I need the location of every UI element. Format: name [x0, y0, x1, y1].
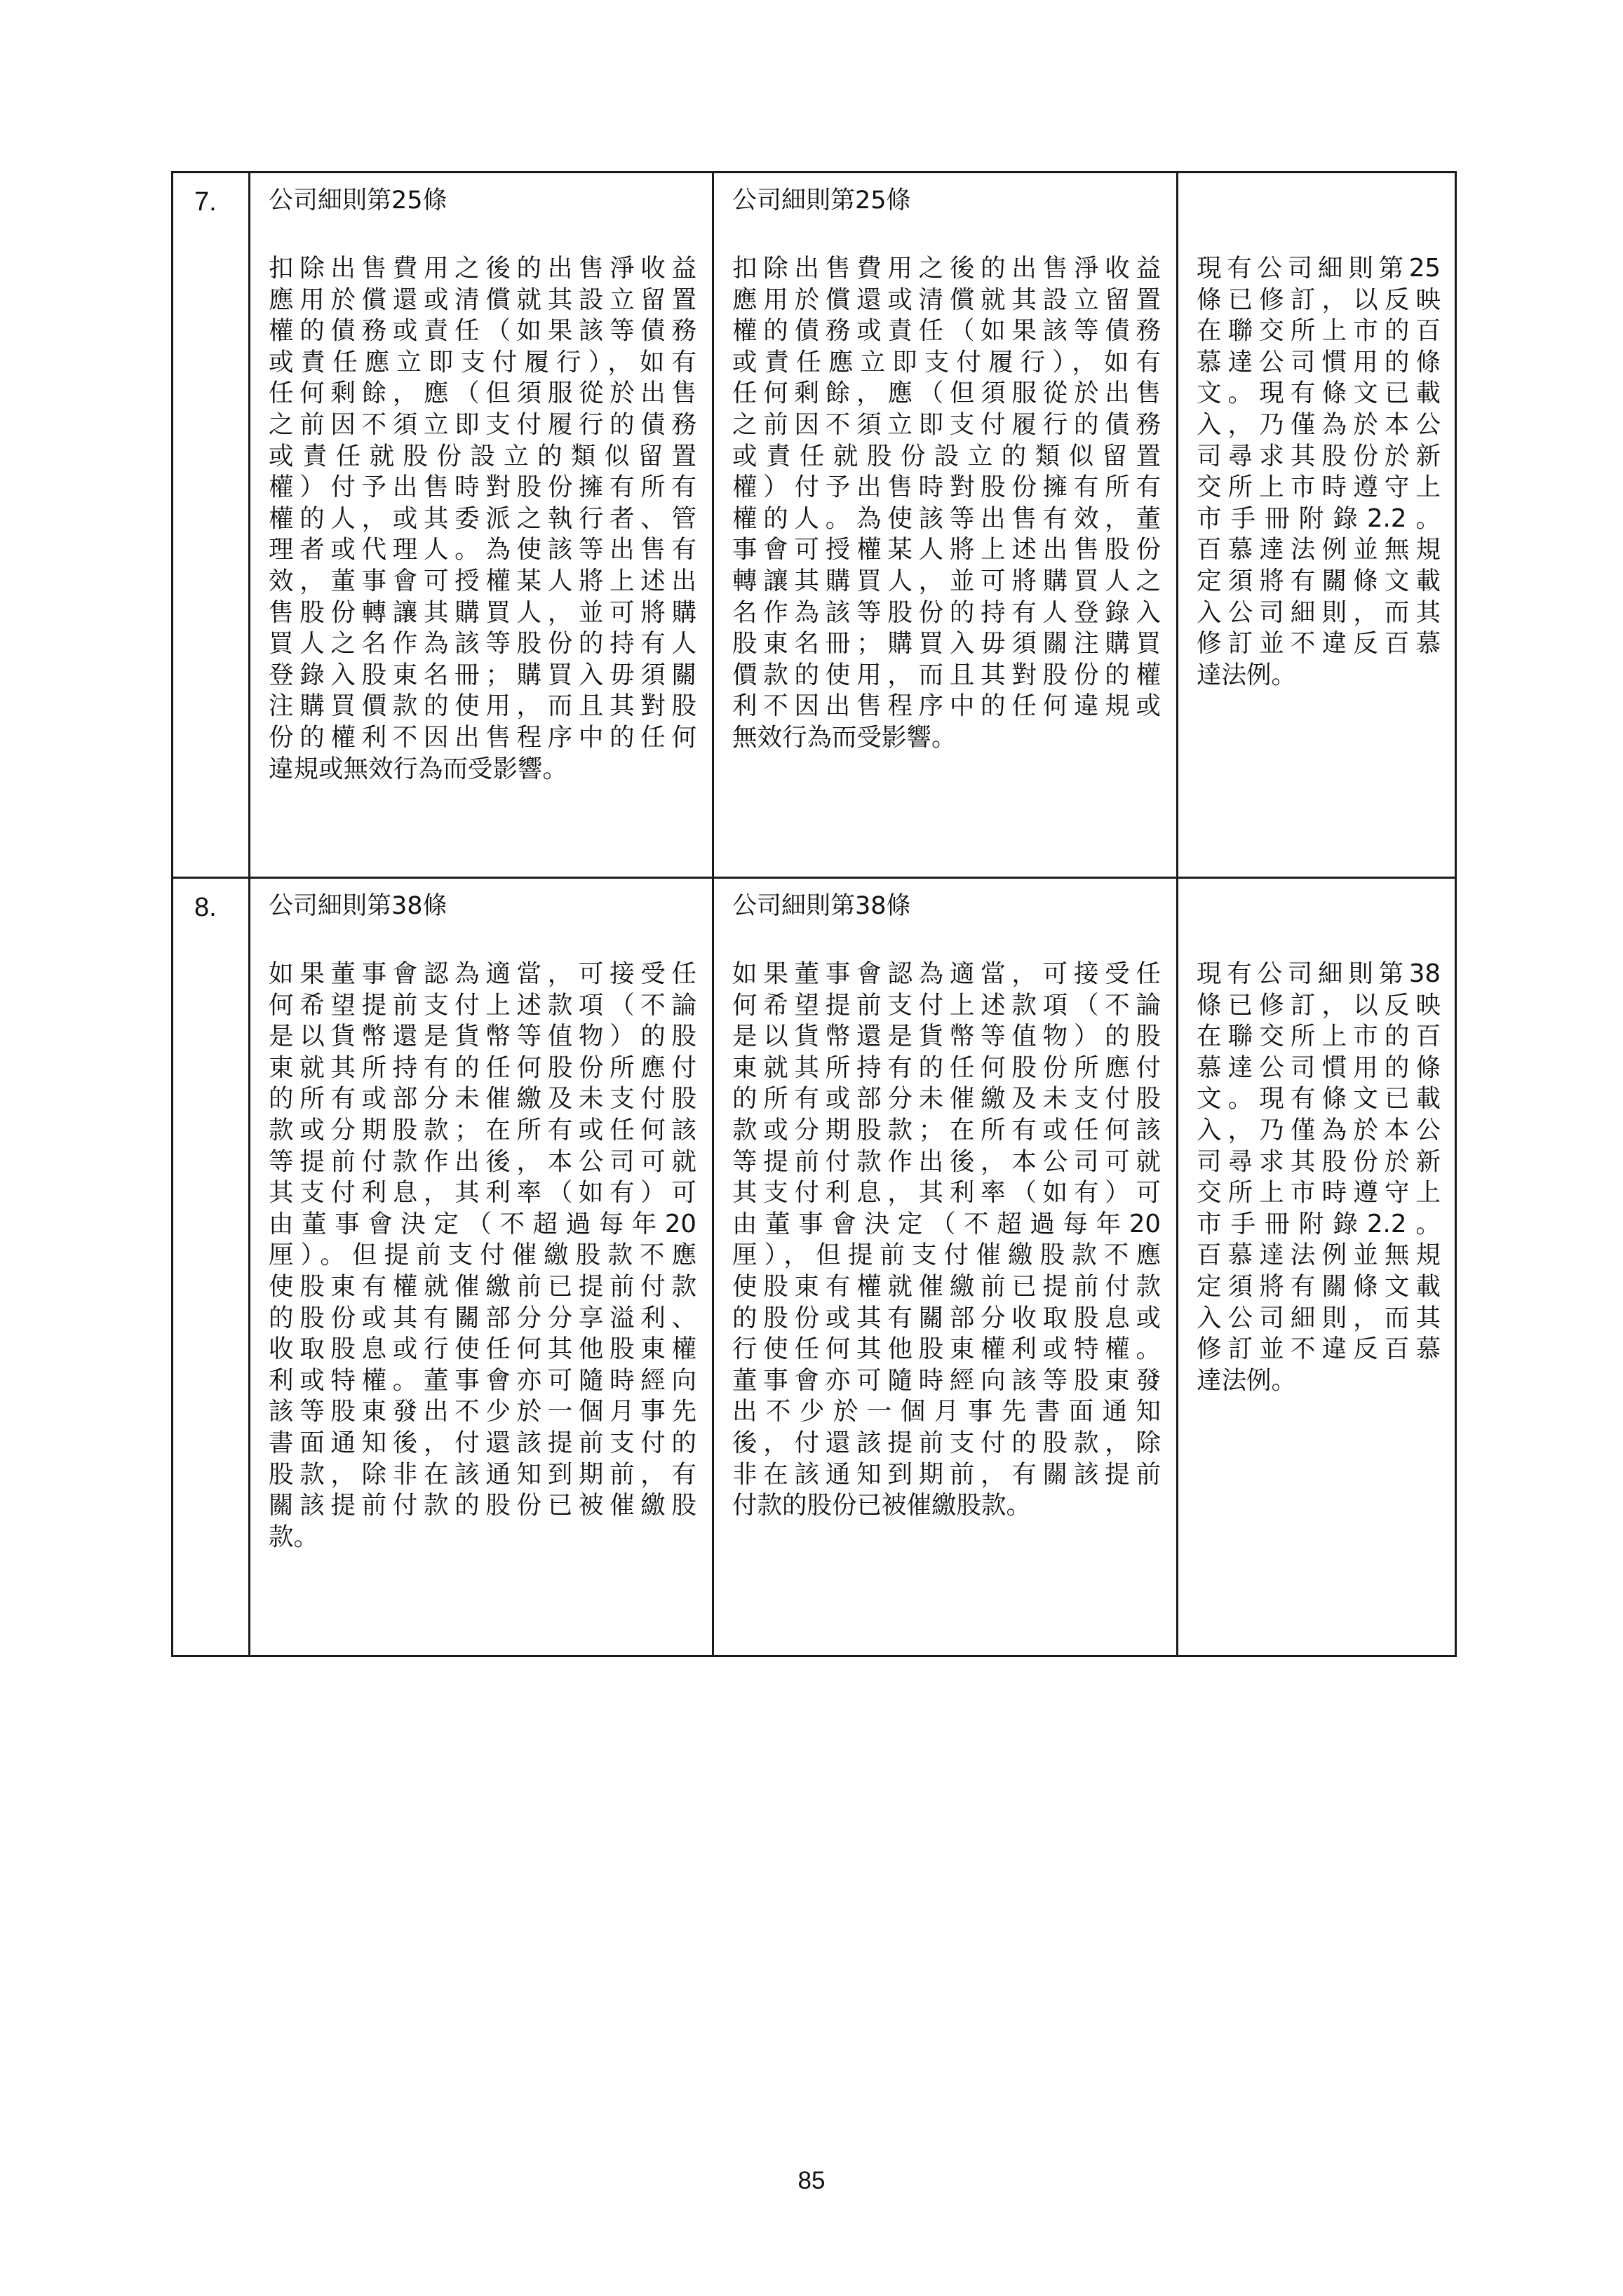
text-line: 交所上市時遵守上: [1197, 472, 1441, 504]
explanation-text: 現有公司細則第25條已修訂，以反映在聯交所上市的百慕達公司慣用的條文。現有條文已…: [1178, 173, 1455, 703]
text-line: 扣除出售費用之後的出售淨收益: [269, 253, 696, 285]
existing-provision-text: 扣除出售費用之後的出售淨收益應用於償還或清償就其設立留置權的債務或責任（如果該等…: [269, 253, 696, 785]
text-line: 違規或無效行為而受影響。: [269, 754, 696, 785]
table-row-7: 7. 公司細則第25條 扣除出售費用之後的出售淨收益應用於償還或清償就其設立留置…: [173, 173, 1456, 878]
text-line: 入公司細則，而其: [1197, 597, 1441, 629]
text-line: 市手冊附錄2.2。: [1197, 504, 1441, 535]
text-line: 該等股東發出不少於一個月事先: [269, 1396, 696, 1428]
text-line: 權的人。為使該等出售有效，董: [732, 504, 1161, 535]
existing-provision-cell: 公司細則第25條 扣除出售費用之後的出售淨收益應用於償還或清償就其設立留置權的債…: [250, 173, 713, 878]
text-line: 使股東有權就催繳前已提前付款: [269, 1271, 696, 1303]
text-line: 定須將有關條文載: [1197, 566, 1441, 597]
table-row-8: 8. 公司細則第38條 如果董事會認為適當，可接受任何希望提前支付上述款項（不論…: [173, 878, 1456, 1656]
text-line: 利或特權。董事會亦可隨時經向: [269, 1365, 696, 1397]
text-line: 條已修訂，以反映: [1197, 285, 1441, 316]
text-line: 慕達公司慣用的條: [1197, 1053, 1441, 1084]
text-line: 東就其所持有的任何股份所應付: [732, 1053, 1161, 1084]
text-line: 司尋求其股份於新: [1197, 1147, 1441, 1178]
text-line: 條已修訂，以反映: [1197, 990, 1441, 1022]
text-line: 股東名冊；購買入毋須關注購買: [732, 628, 1161, 660]
text-line: 交所上市時遵守上: [1197, 1177, 1441, 1209]
page-number: 85: [0, 2167, 1623, 2195]
text-line: 的所有或部分未催繳及未支付股: [732, 1083, 1161, 1115]
text-line: 或責任應立即支付履行），如有: [732, 347, 1161, 379]
text-line: 股款，除非在該通知到期前，有: [269, 1459, 696, 1491]
text-line: 入公司細則，而其: [1197, 1303, 1441, 1335]
text-line: 權的人，或其委派之執行者、管: [269, 504, 696, 535]
text-line: 非在該通知到期前，有關該提前: [732, 1459, 1161, 1491]
text-line: 效，董事會可授權某人將上述出: [269, 566, 696, 597]
text-line: 修訂並不違反百慕: [1197, 628, 1441, 660]
text-line: 或責任應立即支付履行），如有: [269, 347, 696, 379]
text-line: 如果董事會認為適當，可接受任: [732, 959, 1161, 990]
text-line: 任何剩餘，應（但須服從於出售: [732, 378, 1161, 410]
text-line: 厘），但提前支付催繳股款不應: [732, 1240, 1161, 1271]
text-line: 如果董事會認為適當，可接受任: [269, 959, 696, 990]
text-line: 行使任何其他股東權利或特權。: [732, 1334, 1161, 1365]
text-line: 出不少於一個月事先書面通知: [732, 1396, 1161, 1428]
item-number-cell: 7.: [173, 173, 250, 878]
text-line: 其支付利息，其利率（如有）可: [269, 1177, 696, 1209]
text-line: 書面通知後，付還該提前支付的: [269, 1428, 696, 1459]
text-line: 在聯交所上市的百: [1197, 316, 1441, 347]
text-line: 權）付予出售時對股份擁有所有: [732, 472, 1161, 504]
document-page: 7. 公司細則第25條 扣除出售費用之後的出售淨收益應用於償還或清償就其設立留置…: [0, 0, 1623, 2296]
text-line: 的股份或其有關部分分享溢利、: [269, 1303, 696, 1335]
text-line: 修訂並不違反百慕: [1197, 1334, 1441, 1365]
text-line: 入，乃僅為於本公: [1197, 1115, 1441, 1147]
text-line: 買人之名作為該等股份的持有人: [269, 628, 696, 660]
text-line: 登錄入股東名冊；購買入毋須關: [269, 660, 696, 691]
text-line: 在聯交所上市的百: [1197, 1021, 1441, 1053]
text-line: 東就其所持有的任何股份所應付: [269, 1053, 696, 1084]
item-number-cell: 8.: [173, 878, 250, 1656]
text-line: 達法例。: [1197, 660, 1441, 691]
text-line: 百慕達法例並無規: [1197, 534, 1441, 566]
text-line: 注購買價款的使用，而且其對股: [269, 691, 696, 722]
text-line: 定須將有關條文載: [1197, 1271, 1441, 1303]
text-line: 市手冊附錄2.2。: [1197, 1209, 1441, 1241]
amended-provision-text: 扣除出售費用之後的出售淨收益應用於償還或清償就其設立留置權的債務或責任（如果該等…: [732, 253, 1161, 754]
text-line: 何希望提前支付上述款項（不論: [732, 990, 1161, 1022]
text-line: 由董事會決定（不超過每年20: [269, 1209, 696, 1241]
text-line: 關該提前付款的股份已被催繳股: [269, 1490, 696, 1522]
text-line: 何希望提前支付上述款項（不論: [269, 990, 696, 1022]
item-number: 8.: [173, 879, 248, 924]
amended-provision-text: 如果董事會認為適當，可接受任何希望提前支付上述款項（不論是以貨幣還是貨幣等值物）…: [732, 959, 1161, 1522]
amended-provision-cell: 公司細則第38條 如果董事會認為適當，可接受任何希望提前支付上述款項（不論是以貨…: [713, 878, 1178, 1656]
text-line: 收取股息或行使任何其他股東權: [269, 1334, 696, 1365]
text-line: 之前因不須立即支付履行的債務: [269, 410, 696, 441]
text-line: 慕達公司慣用的條: [1197, 347, 1441, 379]
text-line: 的股份或其有關部分收取股息或: [732, 1303, 1161, 1335]
text-line: 轉讓其購買人，並可將購買人之: [732, 566, 1161, 597]
text-line: 權的債務或責任（如果該等債務: [732, 316, 1161, 347]
text-line: 使股東有權就催繳前已提前付款: [732, 1271, 1161, 1303]
text-line: 司尋求其股份於新: [1197, 441, 1441, 473]
text-line: 是以貨幣還是貨幣等值物）的股: [732, 1021, 1161, 1053]
existing-provision-heading: 公司細則第38條: [269, 890, 696, 922]
item-number: 7.: [173, 173, 248, 218]
text-line: 等提前付款作出後，本公司可就: [269, 1147, 696, 1178]
text-line: 厘）。但提前支付催繳股款不應: [269, 1240, 696, 1271]
bye-laws-comparison-table: 7. 公司細則第25條 扣除出售費用之後的出售淨收益應用於償還或清償就其設立留置…: [171, 171, 1457, 1657]
text-line: 董事會亦可隨時經向該等股東發: [732, 1365, 1161, 1397]
text-line: 價款的使用，而且其對股份的權: [732, 660, 1161, 691]
explanation-cell: 現有公司細則第38條已修訂，以反映在聯交所上市的百慕達公司慣用的條文。現有條文已…: [1178, 878, 1456, 1656]
text-line: 付款的股份已被催繳股款。: [732, 1490, 1161, 1522]
text-line: 現有公司細則第38: [1197, 959, 1441, 990]
text-line: 之前因不須立即支付履行的債務: [732, 410, 1161, 441]
text-line: 等提前付款作出後，本公司可就: [732, 1147, 1161, 1178]
text-line: 或責任就股份設立的類似留置: [732, 441, 1161, 473]
text-line: 理者或代理人。為使該等出售有: [269, 534, 696, 566]
text-line: 由董事會決定（不超過每年20: [732, 1209, 1161, 1241]
text-line: 或責任就股份設立的類似留置: [269, 441, 696, 473]
explanation-cell: 現有公司細則第25條已修訂，以反映在聯交所上市的百慕達公司慣用的條文。現有條文已…: [1178, 173, 1456, 878]
text-line: 文。現有條文已載: [1197, 378, 1441, 410]
text-line: 權）付予出售時對股份擁有所有: [269, 472, 696, 504]
text-line: 達法例。: [1197, 1365, 1441, 1397]
text-line: 現有公司細則第25: [1197, 253, 1441, 285]
text-line: 文。現有條文已載: [1197, 1083, 1441, 1115]
existing-provision-text: 如果董事會認為適當，可接受任何希望提前支付上述款項（不論是以貨幣還是貨幣等值物）…: [269, 959, 696, 1553]
existing-provision-heading: 公司細則第25條: [269, 184, 696, 217]
text-line: 售股份轉讓其購買人，並可將購: [269, 597, 696, 629]
text-line: 權的債務或責任（如果該等債務: [269, 316, 696, 347]
text-line: 後，付還該提前支付的股款，除: [732, 1428, 1161, 1459]
text-line: 款或分期股款；在所有或任何該: [269, 1115, 696, 1147]
text-line: 款或分期股款；在所有或任何該: [732, 1115, 1161, 1147]
amended-provision-heading: 公司細則第25條: [732, 184, 1161, 217]
text-line: 應用於償還或清償就其設立留置: [269, 285, 696, 316]
text-line: 款。: [269, 1522, 696, 1553]
text-line: 無效行為而受影響。: [732, 722, 1161, 754]
text-line: 名作為該等股份的持有人登錄入: [732, 597, 1161, 629]
text-line: 的所有或部分未催繳及未支付股: [269, 1083, 696, 1115]
text-line: 應用於償還或清償就其設立留置: [732, 285, 1161, 316]
amended-provision-cell: 公司細則第25條 扣除出售費用之後的出售淨收益應用於償還或清償就其設立留置權的債…: [713, 173, 1178, 878]
text-line: 其支付利息，其利率（如有）可: [732, 1177, 1161, 1209]
text-line: 份的權利不因出售程序中的任何: [269, 722, 696, 754]
existing-provision-cell: 公司細則第38條 如果董事會認為適當，可接受任何希望提前支付上述款項（不論是以貨…: [250, 878, 713, 1656]
text-line: 百慕達法例並無規: [1197, 1240, 1441, 1271]
text-line: 是以貨幣還是貨幣等值物）的股: [269, 1021, 696, 1053]
text-line: 入，乃僅為於本公: [1197, 410, 1441, 441]
text-line: 任何剩餘，應（但須服從於出售: [269, 378, 696, 410]
text-line: 扣除出售費用之後的出售淨收益: [732, 253, 1161, 285]
text-line: 事會可授權某人將上述出售股份: [732, 534, 1161, 566]
text-line: 利不因出售程序中的任何違規或: [732, 691, 1161, 722]
amended-provision-heading: 公司細則第38條: [732, 890, 1161, 922]
explanation-text: 現有公司細則第38條已修訂，以反映在聯交所上市的百慕達公司慣用的條文。現有條文已…: [1178, 879, 1455, 1409]
